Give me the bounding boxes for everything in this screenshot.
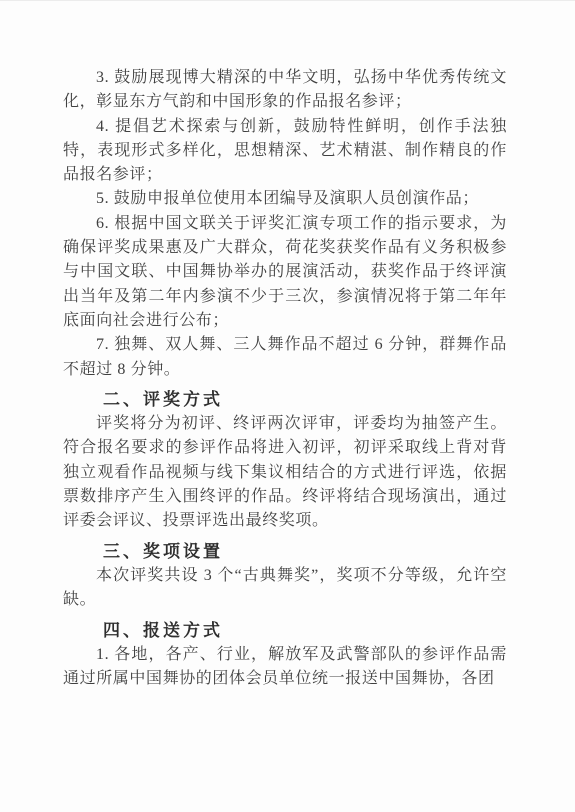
body-paragraph: 7. 独舞、双人舞、三人舞作品不超过 6 分钟，群舞作品不超过 8 分钟。 xyxy=(63,333,507,382)
body-paragraph: 4. 提倡艺术探索与创新，鼓励特性鲜明，创作手法独特，表现形式多样化，思想精深、… xyxy=(63,115,507,188)
body-paragraph: 5. 鼓励申报单位使用本团编导及演职人员创演作品； xyxy=(63,187,507,211)
document-content: 3. 鼓励展现博大精深的中华文明，弘扬中华优秀传统文化，彰显东方气韵和中国形象的… xyxy=(63,66,507,691)
body-paragraph: 3. 鼓励展现博大精深的中华文明，弘扬中华优秀传统文化，彰显东方气韵和中国形象的… xyxy=(63,66,507,115)
body-paragraph: 1. 各地，各产、行业，解放军及武警部队的参评作品需通过所属中国舞协的团体会员单… xyxy=(63,643,507,692)
section-heading: 四、报送方式 xyxy=(63,619,507,643)
body-paragraph: 本次评奖共设 3 个“古典舞奖”，奖项不分等级，允许空缺。 xyxy=(63,564,507,613)
section-heading: 二、评奖方式 xyxy=(63,388,507,412)
section-heading: 三、奖项设置 xyxy=(63,540,507,564)
document-page: 3. 鼓励展现博大精深的中华文明，弘扬中华优秀传统文化，彰显东方气韵和中国形象的… xyxy=(0,0,575,812)
body-paragraph: 评奖将分为初评、终评两次评审，评委均为抽签产生。符合报名要求的参评作品将进入初评… xyxy=(63,412,507,533)
body-paragraph: 6. 根据中国文联关于评奖汇演专项工作的指示要求，为确保评奖成果惠及广大群众，荷… xyxy=(63,212,507,333)
